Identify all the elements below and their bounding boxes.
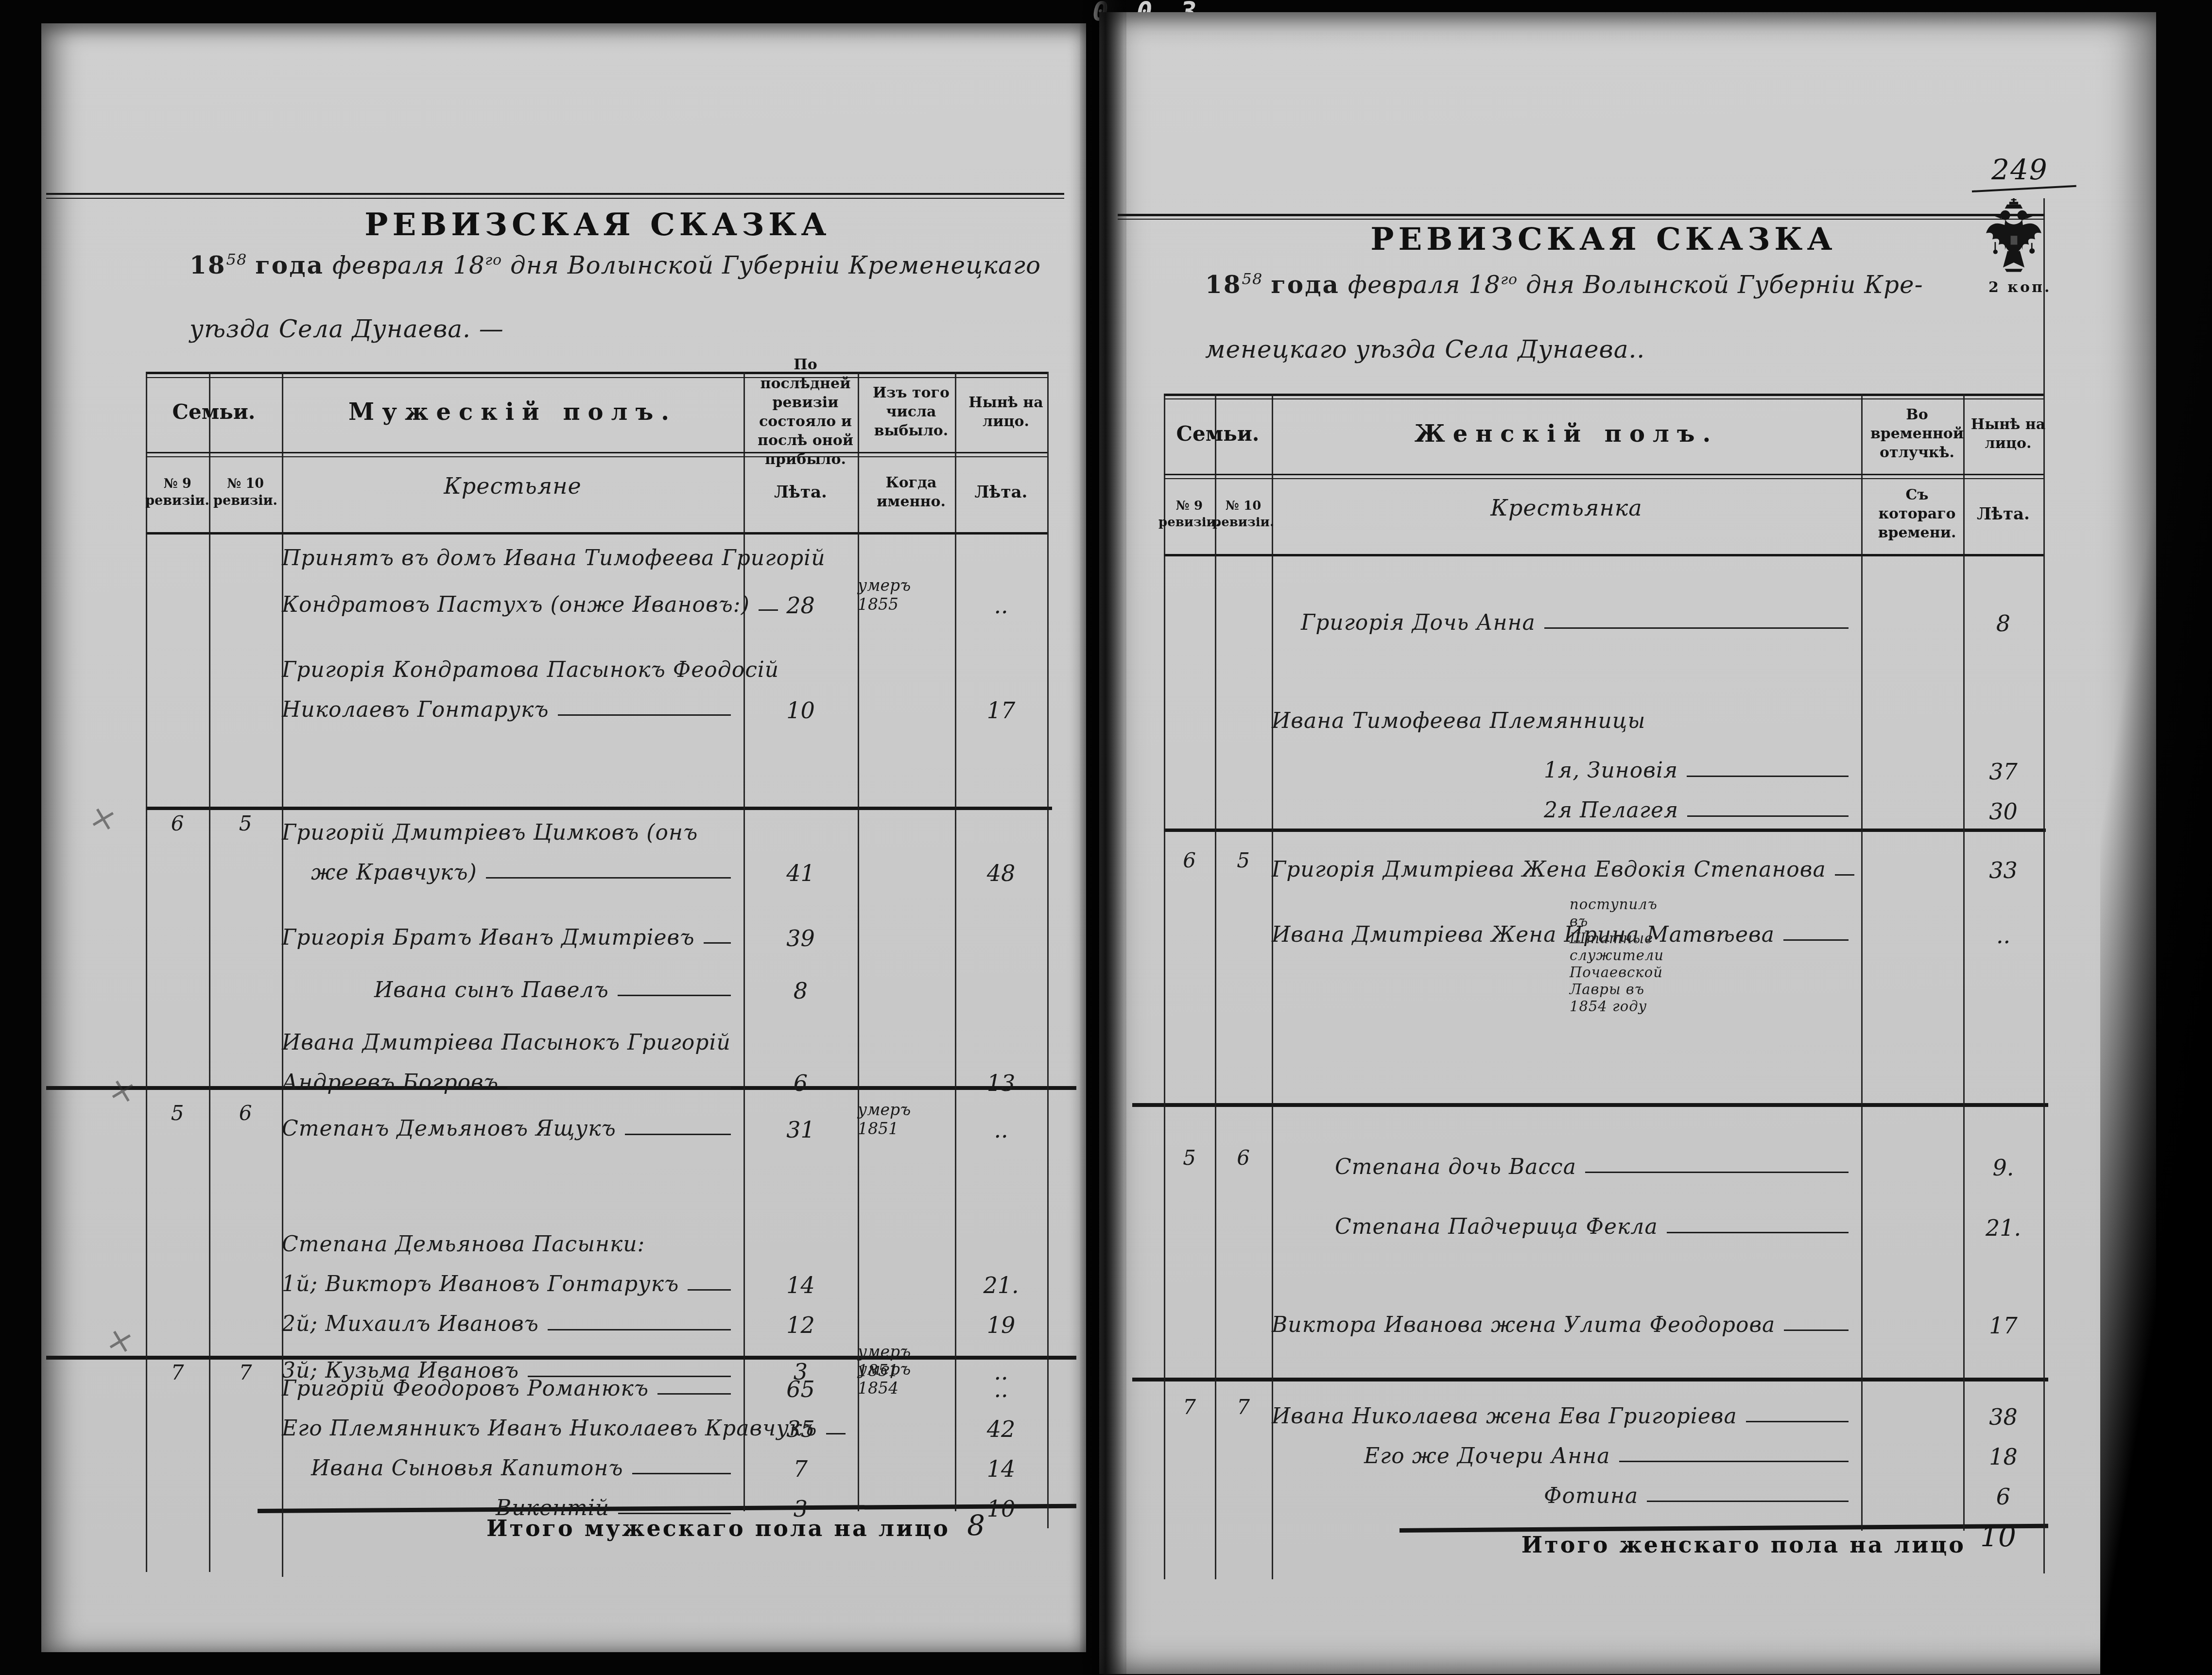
census-row: Его Племянникъ Иванъ Николаевъ Кравчукъ3…	[146, 1406, 1047, 1442]
table-rule	[46, 193, 1064, 195]
cell-age-present: 14	[955, 1446, 1047, 1482]
cell-family-no-9th	[146, 1223, 209, 1259]
cell-family-no-9th: 5	[146, 1100, 209, 1143]
left-col-last-revision: По послѣдней ревизіи состояло и послѣ он…	[743, 372, 867, 452]
entry-underline	[548, 1329, 731, 1330]
person-entry: Григорія Братъ Иванъ Дмитріевъ	[282, 915, 743, 951]
date-middle: февраля 18	[1340, 271, 1501, 299]
cell-family-no-10th: 6	[209, 1100, 282, 1143]
person-name: Ивана Николаева жена Ева Григоріева	[1272, 1405, 1737, 1428]
family-block: 77Григорій Феодоровъ Романюкъ65умеръ 185…	[146, 1356, 1047, 1509]
entry-underline	[1783, 939, 1849, 941]
cell-age-last-revision	[743, 648, 858, 684]
census-row: Степана Падчерица Фекла21.	[1164, 1205, 2043, 1241]
left-date-line: 1858 года февраля 18го дня Волынской Губ…	[190, 250, 1054, 279]
cell-family-no-9th	[146, 1262, 209, 1298]
cell-family-no-9th	[1164, 1434, 1215, 1470]
census-row: Григорія Кондратова Пасынокъ Феодосій	[146, 648, 1047, 684]
scan-detail	[1994, 213, 2001, 219]
census-row: Принятъ въ домъ Ивана Тимофеева Григорій	[146, 536, 1047, 572]
cell-age-present: 18	[1963, 1434, 2043, 1470]
cell-absence-since	[1861, 749, 1963, 785]
page-number: 249	[1991, 153, 2048, 186]
cell-age-present: 6	[1963, 1474, 2043, 1510]
person-name: 1я, Зиновія	[1544, 759, 1678, 782]
cell-family-no-9th	[146, 968, 209, 1004]
entry-underline	[1647, 1501, 1849, 1502]
cell-age-present: 37	[1963, 749, 2043, 785]
cell-absence-since	[1861, 1205, 1963, 1241]
census-row: 65Григорій Дмитріевъ Цимковъ (онъ	[146, 811, 1047, 846]
cell-family-no-9th	[146, 576, 209, 619]
cell-age-last-revision	[743, 1020, 858, 1056]
person-name: Григорія Дочь Анна	[1301, 611, 1536, 635]
cell-when-departed	[858, 1446, 955, 1482]
entry-underline	[632, 1473, 731, 1474]
cell-age-present: 30	[1963, 789, 2043, 825]
person-name: Ивана сынъ Павелъ	[374, 979, 609, 1002]
cell-age-last-revision: 14	[743, 1262, 858, 1298]
right-col-years: Лѣта.	[1963, 474, 2043, 554]
census-row: 56Степана дочь Васса9.	[1164, 1145, 2043, 1181]
left-col-no-9th-revision: № 9 ревизіи.	[146, 452, 209, 532]
person-name: Степана Падчерица Фекла	[1335, 1215, 1658, 1239]
census-row: Николаевъ Гонтарукъ1017	[146, 688, 1047, 724]
cell-age-last-revision: 41	[743, 850, 858, 886]
cell-age-present: 21.	[955, 1262, 1047, 1298]
cell-absence-since	[1861, 1303, 1963, 1339]
census-row: Его же Дочери Анна18	[1164, 1434, 2043, 1470]
census-row: Фотина6	[1164, 1474, 2043, 1510]
person-name: же Кравчукъ)	[311, 861, 477, 884]
right-page-title: РЕВИЗСКАЯ СКАЗКА	[1239, 221, 1968, 258]
person-name: 1й; Викторъ Ивановъ Гонтарукъ	[282, 1273, 679, 1296]
cell-absence-since	[1861, 1434, 1963, 1470]
cell-family-no-9th: 5	[1164, 1145, 1215, 1181]
printed-year: 18	[190, 251, 226, 279]
cell-when-departed: умеръ 1854	[858, 1360, 955, 1402]
cell-family-no-9th	[1164, 749, 1215, 785]
cell-family-no-10th	[209, 1262, 282, 1298]
cell-family-no-10th	[209, 1020, 282, 1056]
person-entry: Григорія Дочь Анна	[1272, 601, 1861, 637]
person-entry: 1я, Зиновія	[1272, 749, 1861, 785]
cell-age-last-revision	[743, 1223, 858, 1259]
person-name: Григорія Братъ Иванъ Дмитріевъ	[282, 926, 695, 950]
person-entry: 2й; Михаилъ Ивановъ	[282, 1302, 743, 1338]
cell-family-no-10th	[1215, 1303, 1272, 1339]
census-row: же Кравчукъ)4148	[146, 850, 1047, 886]
person-name: 2я Пелагея	[1544, 799, 1678, 822]
right-total-label: Итого женскаго пола на лицо	[1434, 1532, 1966, 1558]
cell-age-last-revision: 39	[743, 915, 858, 951]
person-name: Степана дочь Васса	[1335, 1156, 1576, 1179]
cell-age-last-revision: 10	[743, 688, 858, 724]
entry-underline	[558, 714, 731, 716]
cell-family-no-10th	[1215, 749, 1272, 785]
cell-age-present	[955, 915, 1047, 951]
person-entry: 2я Пелагея	[1272, 789, 1861, 825]
family-block: Григорія Дочь Анна8Ивана Тимофеева Племя…	[1164, 554, 2043, 826]
cell-when-departed	[858, 1223, 955, 1259]
person-name: Ивана Тимофеева Племянницы	[1272, 709, 1645, 733]
cell-family-no-9th: 6	[146, 811, 209, 846]
date-tail: дня Волынской Губерніи Кременецкаго	[502, 251, 1041, 279]
entry-underline	[486, 877, 731, 879]
cell-family-no-10th	[209, 968, 282, 1004]
person-name: Степанъ Демьяновъ Ящукъ	[282, 1117, 616, 1140]
scan-detail	[1994, 242, 1996, 251]
cell-family-no-9th	[146, 648, 209, 684]
cell-family-no-10th	[1215, 913, 1272, 949]
right-col-now-present: Нынѣ на лицо.	[1963, 394, 2053, 474]
right-date-line: 1858 года февраля 18го дня Волынской Губ…	[1205, 270, 1983, 299]
person-entry: Кондратовъ Пастухъ (онже Ивановъ:)	[282, 576, 743, 619]
left-col-families: Семьи.	[146, 372, 282, 452]
census-row: Ивана Сыновья Капитонъ714	[146, 1446, 1047, 1482]
year-word: года	[1271, 270, 1340, 299]
person-name: Степана Демьянова Пасынки:	[282, 1233, 645, 1256]
cell-when-departed	[858, 1020, 955, 1056]
census-row: Ивана Дмитріева Пасынокъ Григорій	[146, 1020, 1047, 1056]
cell-age-last-revision: 7	[743, 1446, 858, 1482]
right-col-no-9th-revision: № 9 ревизіи.	[1164, 474, 1215, 554]
person-entry: Григорій Дмитріевъ Цимковъ (онъ	[282, 811, 743, 846]
person-entry: Ивана Тимофеева Племянницы	[1272, 699, 1861, 735]
person-name: Виктора Иванова жена Улита Феодорова	[1272, 1313, 1775, 1337]
cell-absence-since	[1861, 601, 1963, 637]
cell-age-last-revision	[743, 811, 858, 846]
cell-absence-since	[1861, 699, 1963, 735]
person-name: 2й; Михаилъ Ивановъ	[282, 1312, 539, 1336]
entry-underline	[1667, 1232, 1849, 1233]
cell-family-no-10th	[209, 688, 282, 724]
cell-family-no-10th	[209, 850, 282, 886]
right-col-no-10th-revision: № 10 ревизіи.	[1215, 474, 1272, 554]
left-col-now-present: Нынѣ на лицо.	[955, 372, 1057, 452]
cell-when-departed	[858, 968, 955, 1004]
cell-family-no-10th	[209, 1302, 282, 1338]
cell-family-no-9th: 7	[1164, 1394, 1215, 1430]
entry-underline	[1835, 874, 1854, 876]
scan-detail	[2005, 205, 2023, 208]
cell-family-no-10th: 5	[1215, 847, 1272, 883]
entry-underline	[1544, 627, 1849, 629]
cell-age-present: ..	[955, 1100, 1047, 1143]
person-name: Ивана Сыновья Капитонъ	[311, 1457, 623, 1480]
cell-age-present	[955, 536, 1047, 572]
census-row: Виктора Иванова жена Улита Феодорова17	[1164, 1303, 2043, 1339]
family-block: 65Григорія Дмитріева Жена Евдокія Степан…	[1164, 829, 2043, 1101]
scan-detail	[1986, 198, 2041, 272]
person-name: Ивана Дмитріева Пасынокъ Григорій	[282, 1031, 731, 1054]
census-document-scan: 003 РЕВИЗСКАЯ СКАЗКА 1858 года февраля 1…	[0, 0, 2212, 1675]
cell-family-no-9th: 7	[146, 1360, 209, 1402]
census-row: Кондратовъ Пастухъ (онже Ивановъ:)28умер…	[146, 576, 1047, 619]
cell-family-no-9th	[1164, 601, 1215, 637]
person-entry: Григорія Дмитріева Жена Евдокія Степанов…	[1272, 847, 1861, 883]
person-name: Григорій Феодоровъ Романюкъ	[282, 1377, 649, 1400]
cell-age-last-revision: 28	[743, 576, 858, 619]
cell-family-no-10th	[1215, 699, 1272, 735]
cell-family-no-9th	[146, 536, 209, 572]
cell-family-no-9th	[1164, 789, 1215, 825]
cell-family-no-10th	[209, 915, 282, 951]
cell-family-no-10th	[209, 1223, 282, 1259]
scan-detail	[2003, 251, 2024, 267]
cell-age-last-revision: 35	[743, 1406, 858, 1442]
cell-age-present	[955, 968, 1047, 1004]
left-date-line-2: уѣзда Села Дунаева. —	[190, 315, 870, 343]
cell-family-no-9th	[1164, 1205, 1215, 1241]
cell-family-no-9th	[146, 688, 209, 724]
person-entry: Степанъ Демьяновъ Ящукъ	[282, 1100, 743, 1143]
cell-age-present: 17	[1963, 1303, 2043, 1339]
person-entry: Его Племянникъ Иванъ Николаевъ Кравчукъ	[282, 1406, 743, 1442]
scan-detail	[2026, 213, 2033, 219]
cell-when-departed	[858, 1302, 955, 1338]
person-name: Его Племянникъ Иванъ Николаевъ Кравчукъ	[282, 1417, 817, 1440]
person-entry: Григорій Феодоровъ Романюкъ	[282, 1360, 743, 1402]
cell-family-no-10th	[1215, 789, 1272, 825]
census-row: 2я Пелагея30	[1164, 789, 2043, 825]
cell-age-last-revision: 8	[743, 968, 858, 1004]
person-name: Николаевъ Гонтарукъ	[282, 698, 549, 722]
right-social-class: Крестьянка	[1272, 474, 1861, 542]
entry-underline	[688, 1289, 731, 1291]
cell-family-no-10th	[209, 536, 282, 572]
person-name: Григорій Дмитріевъ Цимковъ (онъ	[282, 821, 698, 845]
cell-age-present: ..	[955, 576, 1047, 619]
family-block: 56Степана дочь Васса9.Степана Падчерица …	[1164, 1103, 2043, 1375]
cell-family-no-9th	[1164, 1303, 1215, 1339]
person-name: Фотина	[1544, 1485, 1638, 1508]
cell-age-present: 42	[955, 1406, 1047, 1442]
stamp-denomination: 2 коп.	[1988, 279, 2051, 296]
cell-family-no-9th	[146, 1406, 209, 1442]
person-entry: Его же Дочери Анна	[1272, 1434, 1861, 1470]
person-entry: же Кравчукъ)	[282, 850, 743, 886]
day-ordinal: го	[485, 252, 502, 269]
left-col-departed: Изъ того числа выбыло.	[858, 372, 965, 452]
day-ordinal: го	[1501, 271, 1518, 288]
right-col-since-when: Съ котораго времени.	[1861, 474, 1973, 554]
cell-family-no-9th: 6	[1164, 847, 1215, 883]
cell-age-present	[1963, 699, 2043, 735]
person-entry: Виктора Иванова жена Улита Феодорова	[1272, 1303, 1861, 1339]
cell-family-no-10th	[209, 1406, 282, 1442]
census-row: Ивана Тимофеева Племянницы	[1164, 699, 2043, 735]
scan-detail	[2031, 243, 2033, 249]
cell-when-departed	[858, 1262, 955, 1298]
entry-underline	[1687, 815, 1849, 817]
person-entry: Степана Падчерица Фекла	[1272, 1205, 1861, 1241]
entry-underline	[657, 1393, 731, 1395]
date-tail: дня Волынской Губерніи Кре-	[1518, 271, 1923, 299]
column-divider	[1047, 372, 1049, 1528]
cell-age-present: 48	[955, 850, 1047, 886]
person-entry: Принятъ въ домъ Ивана Тимофеева Григорій	[282, 536, 743, 572]
written-year: 58	[1242, 270, 1263, 288]
scan-detail	[1993, 250, 1998, 254]
left-total-label: Итого мужескаго пола на лицо	[437, 1515, 950, 1541]
person-entry: Ивана Сыновья Капитонъ	[282, 1446, 743, 1482]
person-entry: Фотина	[1272, 1474, 1861, 1510]
person-name: Ивана Дмитріева Жена Ирина Матвѣева	[1272, 923, 1775, 947]
entry-underline	[618, 1513, 731, 1514]
cell-when-departed: умеръ 1851	[858, 1100, 955, 1143]
person-name: Кондратовъ Пастухъ (онже Ивановъ:)	[282, 593, 750, 617]
person-entry: Степана дочь Васса	[1272, 1145, 1861, 1181]
cell-age-present	[955, 1020, 1047, 1056]
cell-family-no-10th: 7	[209, 1360, 282, 1402]
cell-family-no-9th	[146, 915, 209, 951]
person-entry: Николаевъ Гонтарукъ	[282, 688, 743, 724]
census-row: Ивана Дмитріева Жена Ирина Матвѣевавъ Шт…	[1164, 913, 2043, 949]
left-social-class: Крестьяне	[282, 452, 743, 520]
cell-when-departed	[858, 1406, 955, 1442]
cell-when-departed	[858, 688, 955, 724]
left-col-no-10th-revision: № 10 ревизіи.	[209, 452, 282, 532]
entry-underline	[618, 995, 731, 996]
cell-age-last-revision	[743, 536, 858, 572]
person-entry: Григорія Кондратова Пасынокъ Феодосій	[282, 648, 743, 684]
table-rule	[1118, 219, 2045, 220]
cell-age-present: 21.	[1963, 1205, 2043, 1241]
entry-underline	[1687, 776, 1849, 777]
person-name: Григорія Кондратова Пасынокъ Феодосій	[282, 658, 779, 682]
scan-detail	[2005, 269, 2023, 272]
scan-edge-shadow	[2100, 0, 2212, 1675]
family-block: 77Ивана Николаева жена Ева Григоріева38Е…	[1164, 1378, 2043, 1526]
cell-age-present: 17	[955, 688, 1047, 724]
cell-age-present: ..	[955, 1360, 1047, 1402]
cell-age-last-revision: 12	[743, 1302, 858, 1338]
cell-when-departed	[858, 648, 955, 684]
cell-family-no-10th: 5	[209, 811, 282, 846]
scan-detail	[2011, 236, 2018, 244]
census-row: Ивана сынъ Павелъ8	[146, 968, 1047, 1004]
census-row: Степана Демьянова Пасынки:	[146, 1223, 1047, 1259]
scan-detail	[2017, 210, 2027, 220]
cell-age-present	[955, 648, 1047, 684]
family-block: Принятъ въ домъ Ивана Тимофеева Григорій…	[146, 532, 1047, 804]
left-col-years-prev: Лѣта.	[743, 452, 858, 532]
cell-age-present: ..	[1963, 913, 2043, 949]
person-entry: Степана Демьянова Пасынки:	[282, 1223, 743, 1259]
cell-absence-since	[1861, 789, 1963, 825]
cell-family-no-10th	[1215, 1434, 1272, 1470]
cell-age-present	[955, 1223, 1047, 1259]
person-entry: 1й; Викторъ Ивановъ Гонтарукъ	[282, 1262, 743, 1298]
cell-family-no-9th	[146, 1020, 209, 1056]
scan-detail	[2009, 198, 2018, 205]
cell-family-no-10th	[1215, 601, 1272, 637]
year-word: года	[255, 251, 324, 279]
cell-absence-since	[1861, 1394, 1963, 1430]
cell-family-no-9th	[146, 1486, 209, 1522]
census-row: 77Григорій Феодоровъ Романюкъ65умеръ 185…	[146, 1360, 1047, 1402]
cell-when-departed	[858, 850, 955, 886]
cell-family-no-9th	[1164, 913, 1215, 949]
family-block: 56Степанъ Демьяновъ Ящукъ31умеръ 1851..С…	[146, 1086, 1047, 1353]
right-col-temporary-absence: Во временной отлучкѣ.	[1861, 394, 1973, 474]
family-block: 65Григорій Дмитріевъ Цимковъ (онъже Крав…	[146, 807, 1047, 1084]
census-row: 1я, Зиновія37	[1164, 749, 2043, 785]
cell-absence-since	[1861, 1145, 1963, 1181]
entry-underline	[704, 942, 731, 944]
cell-age-last-revision: 65	[743, 1360, 858, 1402]
cell-absence-since: въ Штатныхъслужителяхъсъ 1854 года	[1861, 913, 1963, 949]
cell-family-no-9th	[146, 1302, 209, 1338]
cell-family-no-9th	[1164, 699, 1215, 735]
entry-underline	[1619, 1461, 1849, 1462]
cell-age-present: 8	[1963, 601, 2043, 637]
written-year: 58	[226, 250, 247, 269]
right-col-female-sex: Женскій полъ.	[1272, 394, 1861, 474]
entry-underline	[1746, 1421, 1849, 1422]
right-total-value: 10	[1980, 1520, 2016, 1553]
left-total-value: 8	[967, 1509, 985, 1542]
table-rule	[1118, 214, 2045, 216]
census-row: 1й; Викторъ Ивановъ Гонтарукъ1421.	[146, 1262, 1047, 1298]
person-name: Григорія Дмитріева Жена Евдокія Степанов…	[1272, 858, 1826, 881]
left-col-male-sex: Мужескій полъ.	[282, 372, 743, 452]
cell-family-no-10th: 6	[1215, 1145, 1272, 1181]
imperial-double-eagle-stamp	[1983, 198, 2045, 281]
census-row: Григорія Дочь Анна8	[1164, 601, 2043, 637]
cell-family-no-10th	[209, 1446, 282, 1482]
cell-family-no-9th	[1164, 1474, 1215, 1510]
left-col-when-exactly: Когда именно.	[858, 452, 965, 532]
person-entry: Ивана сынъ Павелъ	[282, 968, 743, 1004]
cell-when-departed: поступилъвъ ШтатныеслужителиПочаевскойЛа…	[858, 915, 955, 951]
date-middle: февраля 18	[324, 251, 485, 279]
cell-family-no-9th	[146, 850, 209, 886]
book-binding-shadow	[1080, 0, 1126, 1675]
table-rule	[46, 198, 1064, 199]
left-page-title: РЕВИЗСКАЯ СКАЗКА	[233, 207, 962, 243]
cell-absence-since	[1861, 847, 1963, 883]
person-entry: Ивана Николаева жена Ева Григоріева	[1272, 1394, 1861, 1430]
printed-year: 18	[1205, 270, 1242, 299]
census-row: 2й; Михаилъ Ивановъ1219	[146, 1302, 1047, 1338]
person-entry: Ивана Дмитріева Жена Ирина Матвѣева	[1272, 913, 1861, 949]
scan-detail	[2000, 210, 2010, 220]
entry-underline	[1585, 1172, 1849, 1173]
cell-age-present: 33	[1963, 847, 2043, 883]
cell-family-no-10th	[209, 648, 282, 684]
cell-when-departed	[858, 536, 955, 572]
census-row: 56Степанъ Демьяновъ Ящукъ31умеръ 1851..	[146, 1100, 1047, 1143]
entry-underline	[625, 1134, 731, 1135]
census-row: Григорія Братъ Иванъ Дмитріевъ39поступил…	[146, 915, 1047, 951]
cell-when-departed: умеръ 1855	[858, 576, 955, 619]
person-entry: Ивана Дмитріева Пасынокъ Григорій	[282, 1020, 743, 1056]
cell-when-departed	[858, 811, 955, 846]
cell-age-present: 38	[1963, 1394, 2043, 1430]
cell-absence-since	[1861, 1474, 1963, 1510]
cell-age-present: 9.	[1963, 1145, 2043, 1181]
right-date-line-2: менецкаго уѣзда Села Дунаева..	[1205, 335, 1934, 363]
cell-family-no-9th	[146, 1446, 209, 1482]
cell-family-no-10th	[209, 576, 282, 619]
cell-family-no-10th: 7	[1215, 1394, 1272, 1430]
person-name: Его же Дочери Анна	[1364, 1445, 1610, 1468]
cell-family-no-10th	[209, 1486, 282, 1522]
left-col-years-now: Лѣта.	[955, 452, 1047, 532]
cell-age-present	[955, 811, 1047, 846]
